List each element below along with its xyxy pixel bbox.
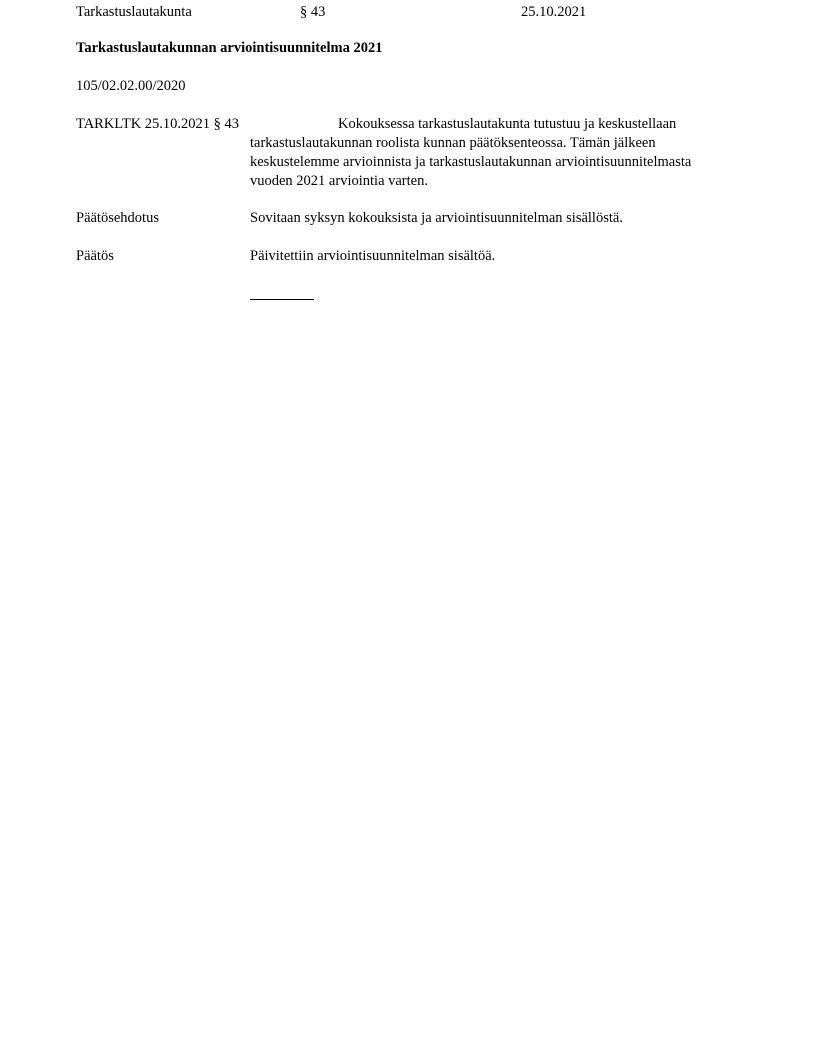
proposal-text: Sovitaan syksyn kokouksista ja arviointi…	[250, 209, 623, 227]
header-date: 25.10.2021	[521, 3, 586, 21]
entry-line: Kokouksessa tarkastuslautakunta tutustuu…	[250, 115, 750, 134]
entry-paragraph: Kokouksessa tarkastuslautakunta tutustuu…	[250, 115, 750, 191]
decision-text: Päivitettiin arviointisuunnitelman sisäl…	[250, 247, 495, 265]
page-title: Tarkastuslautakunnan arviointisuunnitelm…	[76, 39, 382, 57]
header-section: § 43	[300, 3, 325, 21]
decision-label: Päätös	[76, 247, 114, 265]
header-organ: Tarkastuslautakunta	[76, 3, 192, 21]
entry-label: TARKLTK 25.10.2021 § 43	[76, 115, 239, 133]
entry-line: vuoden 2021 arviointia varten.	[250, 172, 750, 191]
entry-line: keskustelemme arvioinnista ja tarkastusl…	[250, 153, 750, 172]
diary-number: 105/02.02.00/2020	[76, 77, 186, 95]
entry-line: tarkastuslautakunnan roolista kunnan pää…	[250, 134, 750, 153]
closing-rule	[250, 299, 314, 300]
proposal-label: Päätösehdotus	[76, 209, 159, 227]
